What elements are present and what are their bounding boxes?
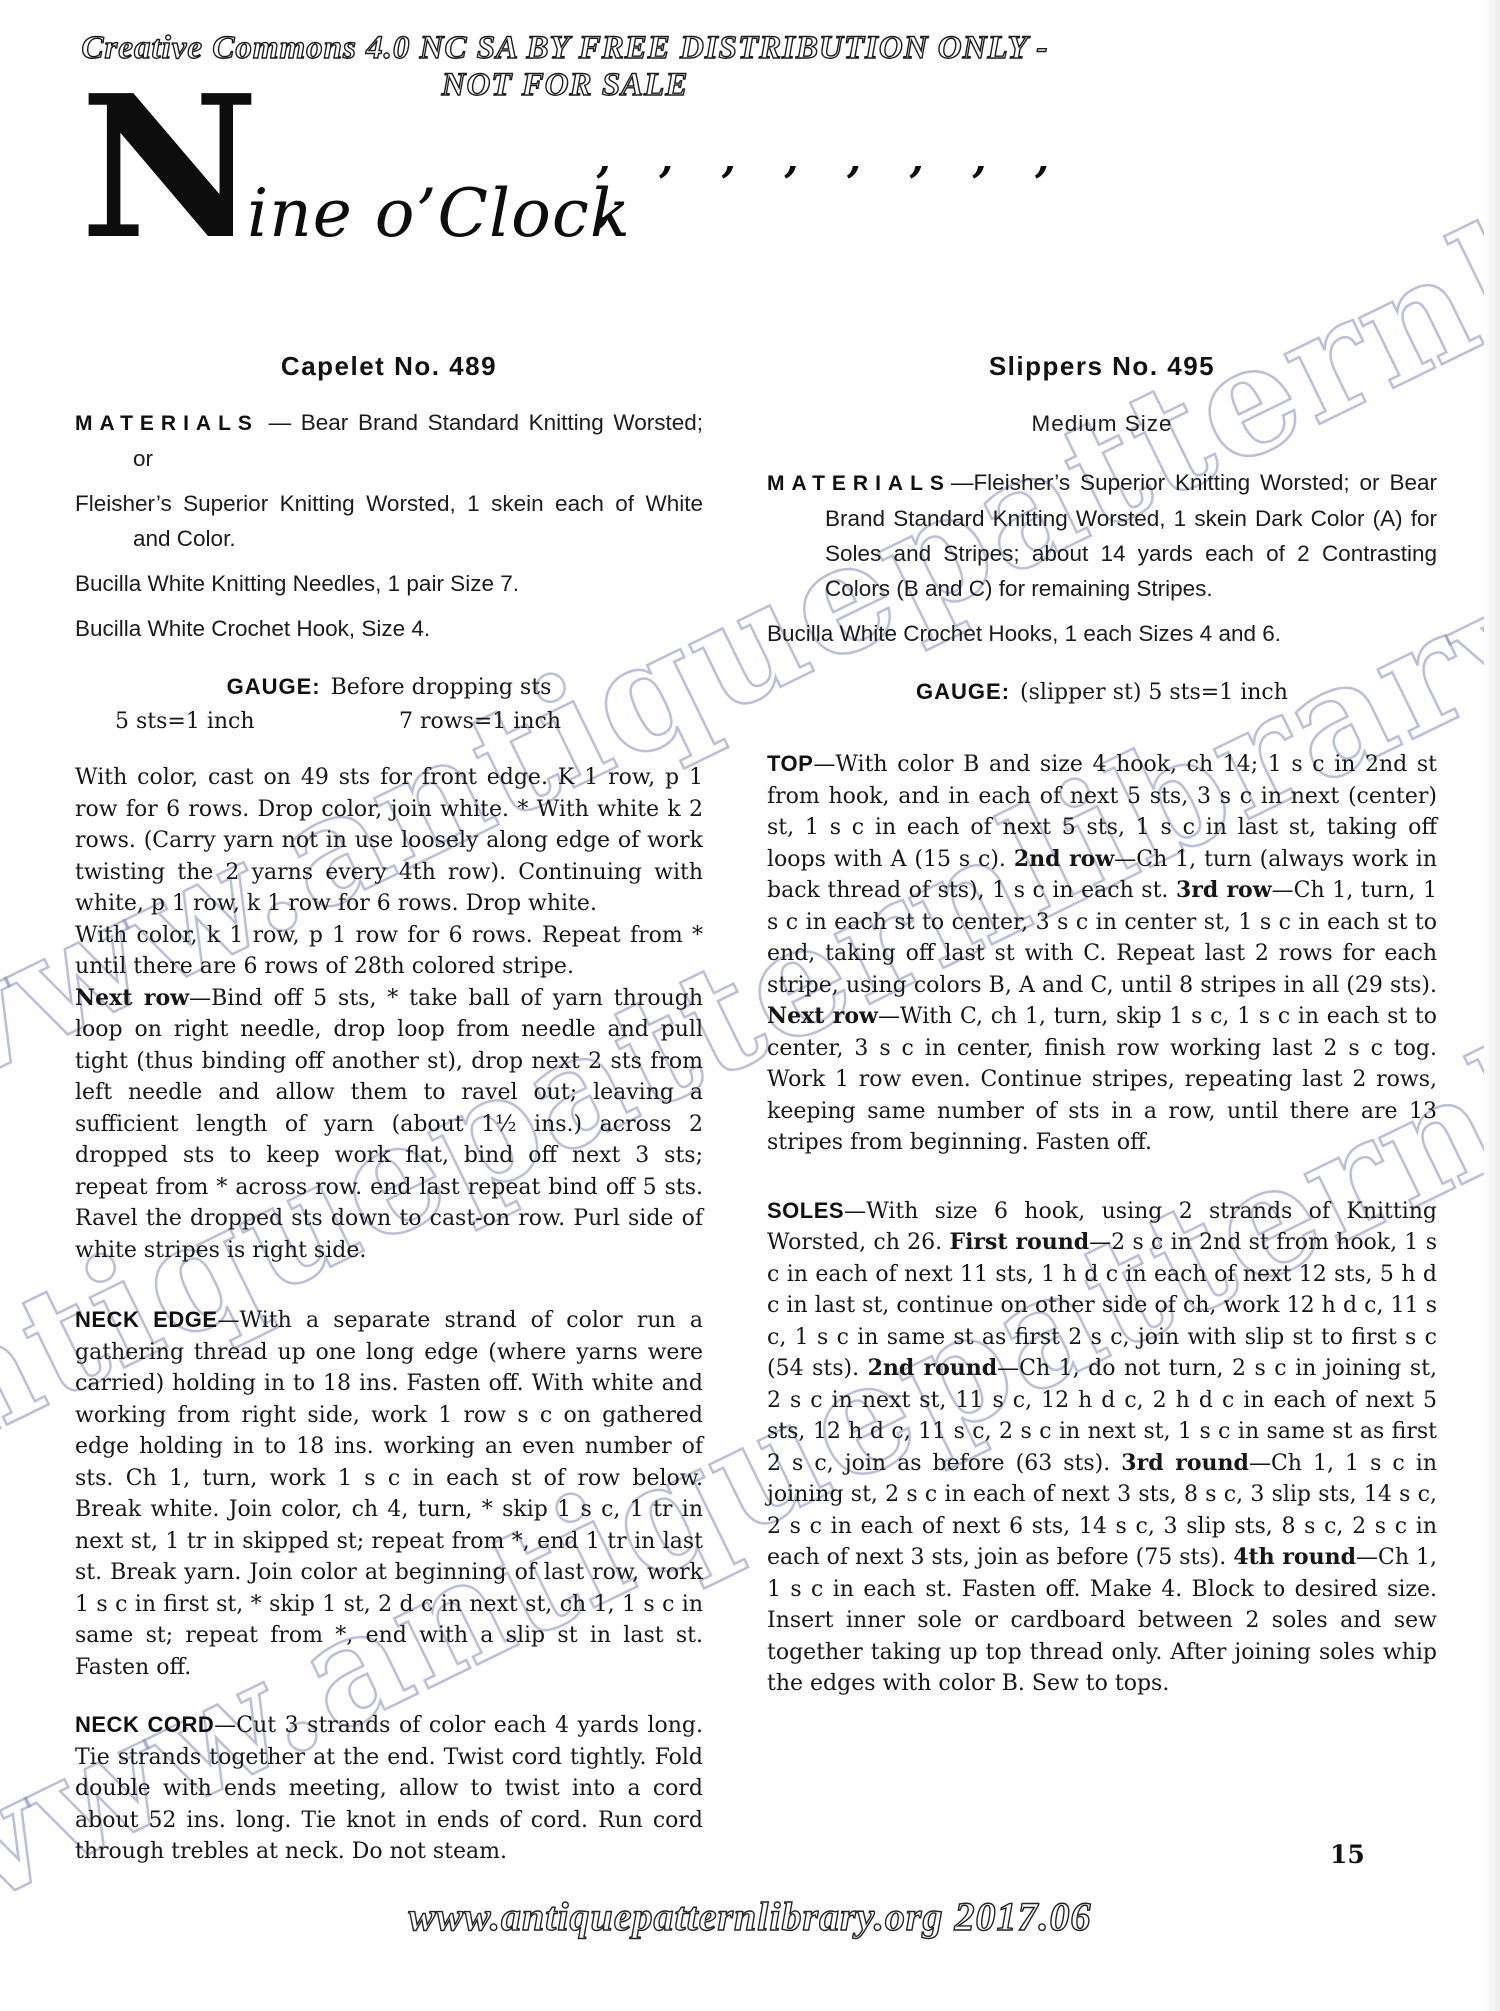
page-number: 15 — [1330, 1840, 1365, 1869]
capelet-materials-item: Fleisher’s Superior Knitting Worsted, 1 … — [75, 486, 703, 556]
slippers-gauge-line: GAUGE:(slipper st) 5 sts=1 inch — [767, 675, 1437, 710]
top-label: TOP — [767, 751, 813, 776]
capelet-column: Capelet No. 489 MATERIALS — Bear Brand S… — [75, 345, 703, 1868]
slippers-gauge-note: (slipper st) 5 sts=1 inch — [1020, 680, 1288, 705]
gauge-rows-value: 7 rows=1 inch — [399, 705, 561, 738]
capelet-materials-item: Bucilla White Crochet Hook, Size 4. — [75, 611, 703, 646]
footer-imprint: www.antiquepatternlibrary.org 2017.06 — [0, 1893, 1500, 1940]
capelet-materials-lead: MATERIALS — Bear Brand Standard Knitting… — [75, 405, 703, 476]
capelet-materials-item: Bucilla White Knitting Needles, 1 pair S… — [75, 566, 703, 601]
materials-label: MATERIALS — [75, 412, 259, 435]
capelet-gauge-line: GAUGE:Before dropping sts — [75, 670, 703, 705]
decorative-initial: N — [80, 88, 253, 248]
slippers-materials: MATERIALS—Fleisher’s Superior Knitting W… — [767, 465, 1437, 651]
slippers-column: Slippers No. 495 Medium Size MATERIALS—F… — [767, 345, 1437, 1868]
neck-edge-label: NECK EDGE — [75, 1307, 218, 1332]
neck-cord-section: NECK CORD—Cut 3 strands of color each 4 … — [75, 1709, 703, 1868]
slippers-materials-lead: MATERIALS—Fleisher’s Superior Knitting W… — [767, 465, 1437, 606]
capelet-paragraph: Next row—Bind off 5 sts, * take ball of … — [75, 983, 703, 1267]
capelet-heading: Capelet No. 489 — [75, 351, 703, 381]
slippers-soles-section: SOLES—With size 6 hook, using 2 strands … — [767, 1195, 1437, 1700]
gauge-label: GAUGE: — [916, 679, 1010, 704]
page-masthead: Nine o’Clock — [80, 88, 631, 252]
neck-cord-label: NECK CORD — [75, 1712, 214, 1737]
slippers-top-section: TOP—With color B and size 4 hook, ch 14;… — [767, 748, 1437, 1159]
neck-edge-text: —With a separate strand of color run a g… — [75, 1308, 703, 1680]
masthead-script-text: ine o’Clock — [247, 175, 631, 252]
slippers-size-note: Medium Size — [767, 407, 1437, 441]
pattern-columns: Capelet No. 489 MATERIALS — Bear Brand S… — [75, 345, 1437, 1868]
slippers-heading: Slippers No. 495 — [767, 351, 1437, 381]
gauge-label: GAUGE: — [227, 674, 321, 699]
masthead-ornament-ticks: ’ ’ ’ ’ ’ ’ ’ ’ ’ — [595, 158, 1087, 260]
neck-edge-section: NECK EDGE—With a separate strand of colo… — [75, 1304, 703, 1683]
soles-label: SOLES — [767, 1198, 844, 1223]
scanned-pattern-page: { "header": { "notice": "Creative Common… — [0, 0, 1500, 2011]
capelet-instructions: With color, cast on 49 sts for front edg… — [75, 762, 703, 1266]
capelet-gauge-note: Before dropping sts — [331, 675, 552, 700]
capelet-paragraph: With color, cast on 49 sts for front edg… — [75, 762, 703, 920]
top-text: —With color B and size 4 hook, ch 14; 1 … — [767, 752, 1437, 1155]
materials-label: MATERIALS — [767, 472, 951, 495]
slippers-materials-item: Bucilla White Crochet Hooks, 1 each Size… — [767, 616, 1437, 651]
gauge-stitches-value: 5 sts=1 inch — [115, 705, 255, 738]
capelet-gauge-values: 5 sts=1 inch 7 rows=1 inch — [75, 705, 703, 738]
soles-text: —With size 6 hook, using 2 strands of Kn… — [767, 1199, 1437, 1697]
scan-edge-shadow — [1484, 0, 1500, 2011]
capelet-materials: MATERIALS — Bear Brand Standard Knitting… — [75, 405, 703, 646]
capelet-paragraph: With color, k 1 row, p 1 row for 6 rows.… — [75, 920, 703, 983]
